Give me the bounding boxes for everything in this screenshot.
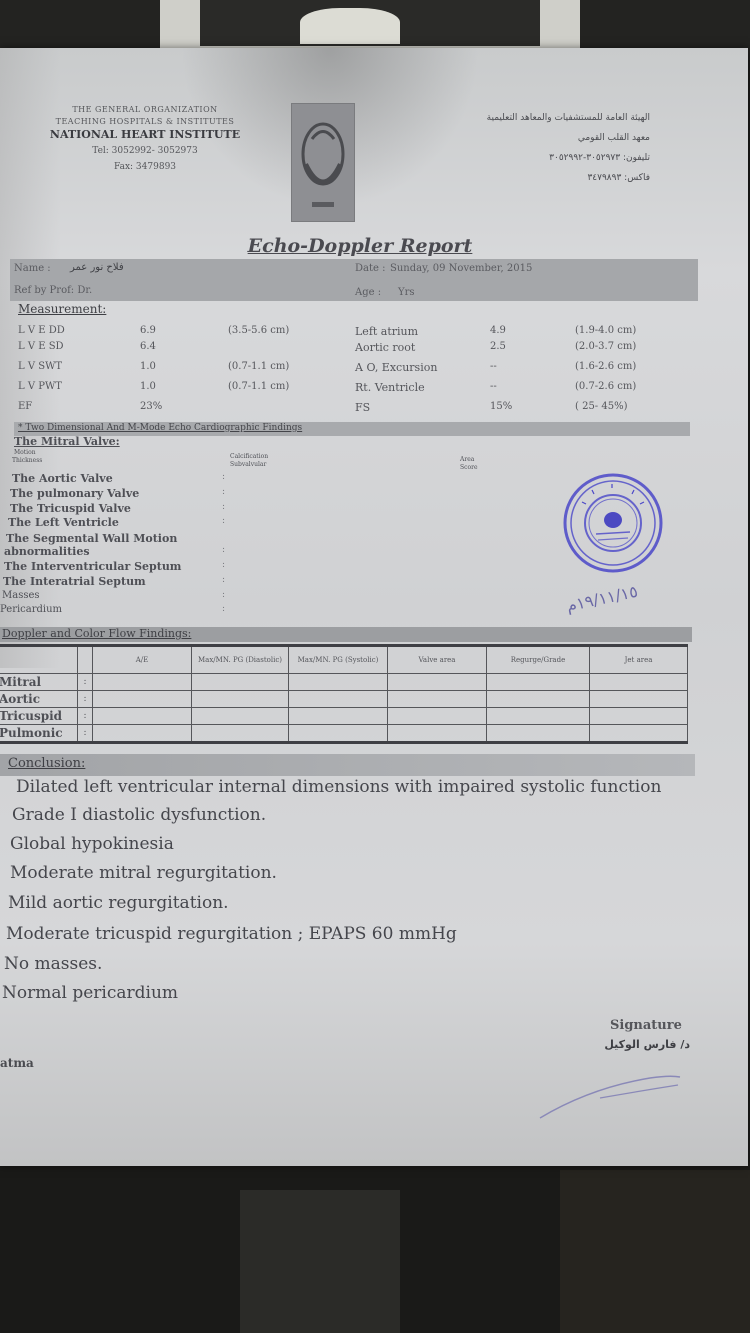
doppler-cell — [192, 725, 289, 743]
two-d-findings-band: * Two Dimensional And M-Mode Echo Cardio… — [14, 422, 690, 436]
col-pg-diastolic: Max/MN. PG (Diastolic) — [192, 646, 289, 674]
finding-colon: : — [222, 575, 225, 585]
measurement-right-value: -- — [490, 381, 497, 392]
measurement-right-label: A O, Excursion — [355, 361, 437, 374]
finding-colon: : — [222, 590, 225, 600]
doppler-cell — [289, 725, 388, 743]
measurement-right-value: 15% — [490, 401, 512, 412]
measurement-left-value: 6.4 — [140, 341, 156, 352]
background-bottom — [0, 1160, 750, 1333]
name-label: Name : — [14, 263, 51, 274]
mitral-motion-label: Motion — [14, 449, 36, 456]
doppler-cell — [388, 725, 487, 743]
finding-colon: : — [222, 487, 225, 497]
doppler-row-colon: : — [78, 725, 93, 743]
doppler-colon-head — [78, 646, 93, 674]
doppler-row: Aortic: — [0, 691, 688, 708]
doppler-cell — [93, 674, 192, 691]
conclusion-line: Grade I diastolic dysfunction. — [12, 805, 266, 825]
doppler-cell — [289, 708, 388, 725]
mitral-area-label: Area — [460, 456, 474, 463]
conclusion-heading: Conclusion: — [8, 756, 85, 771]
doppler-row: Pulmonic: — [0, 725, 688, 743]
ar-line-3: تليفون: ٣٠٥٢٩٧٣-٣٠٥٢٩٩٢ — [430, 148, 650, 168]
official-stamp-icon — [562, 472, 664, 574]
conclusion-line: Moderate tricuspid regurgitation ; EPAPS… — [6, 924, 457, 944]
header-english: THE GENERAL ORGANIZATION TEACHING HOSPIT… — [30, 104, 260, 173]
finding-label: The Tricuspid Valve — [10, 502, 131, 515]
background-photo-highlight — [300, 8, 400, 44]
finding-label: The Left Ventricle — [8, 516, 119, 529]
conclusion-line: Mild aortic regurgitation. — [8, 893, 229, 913]
patient-info-band: Name : فلاح نور عمر Date : Sunday, 09 No… — [10, 259, 698, 301]
measurement-right-label: Left atrium — [355, 325, 418, 338]
measurement-left-label: L V PWT — [18, 381, 62, 392]
doppler-cell — [289, 691, 388, 708]
measurement-left-range: (3.5-5.6 cm) — [228, 325, 289, 336]
ar-line-4: فاكس: ٣٤٧٩٨٩٣ — [430, 168, 650, 188]
finding-label: The Segmental Wall Motion — [6, 532, 177, 545]
date-label: Date : — [355, 263, 385, 274]
col-ae: A/E — [93, 646, 192, 674]
finding-label: The Aortic Valve — [12, 472, 113, 485]
finding-label: abnormalities — [4, 545, 90, 558]
measurement-left-value: 6.9 — [140, 325, 156, 336]
age-label: Age : — [355, 287, 381, 298]
measurement-left-value: 1.0 — [140, 361, 156, 372]
finding-colon: : — [222, 604, 225, 614]
measurement-heading: Measurement: — [18, 302, 106, 316]
conclusion-line: No masses. — [4, 954, 102, 974]
background-fabric — [240, 1190, 400, 1333]
col-jet-area: Jet area — [590, 646, 688, 674]
mitral-thickness-label: Thickness — [12, 457, 42, 464]
finding-colon: : — [222, 502, 225, 512]
doppler-cell — [487, 674, 590, 691]
finding-label: The Interventricular Septum — [4, 560, 181, 573]
background-fabric-2 — [560, 1170, 750, 1333]
doppler-row: Mitral: — [0, 674, 688, 691]
finding-label: The Interatrial Septum — [3, 575, 146, 588]
doppler-cell — [487, 691, 590, 708]
patient-name: فلاح نور عمر — [70, 262, 124, 273]
doppler-row-colon: : — [78, 708, 93, 725]
measurement-left-label: L V E SD — [18, 341, 64, 352]
mitral-subvalvular-label: Subvalvular — [230, 461, 266, 468]
measurement-right-label: Rt. Ventricle — [355, 381, 425, 394]
ref-label: Ref by Prof: Dr. — [14, 285, 92, 296]
measurement-left-value: 1.0 — [140, 381, 156, 392]
doppler-row-label: Tricuspid — [0, 708, 78, 725]
conclusion-band: Conclusion: — [0, 754, 695, 776]
measurement-left-label: L V E DD — [18, 325, 65, 336]
mitral-calcification-label: Calcification — [230, 453, 268, 460]
measurement-right-range: (0.7-2.6 cm) — [575, 381, 636, 392]
measurement-left-value: 23% — [140, 401, 162, 412]
org-line-1: THE GENERAL ORGANIZATION — [30, 104, 260, 116]
measurement-right-range: ( 25- 45%) — [575, 401, 628, 412]
measurement-right-range: (1.6-2.6 cm) — [575, 361, 636, 372]
measurement-left-label: EF — [18, 401, 32, 412]
doppler-band: Doppler and Color Flow Findings: — [0, 627, 692, 642]
age-value: Yrs — [398, 287, 415, 298]
doppler-corner — [0, 646, 78, 674]
doppler-cell — [590, 691, 688, 708]
col-valve-area: Valve area — [388, 646, 487, 674]
handwritten-date: ١٩/١١/١٥م — [565, 582, 640, 616]
mitral-valve-heading: The Mitral Valve: — [14, 435, 120, 448]
conclusion-line: Dilated left ventricular internal dimens… — [16, 777, 661, 797]
col-regurge-grade: Regurge/Grade — [487, 646, 590, 674]
doppler-row-colon: : — [78, 674, 93, 691]
report-title: Echo-Doppler Report — [0, 235, 720, 257]
institute-name: NATIONAL HEART INSTITUTE — [30, 129, 260, 141]
org-line-2: TEACHING HOSPITALS & INSTITUTES — [30, 116, 260, 128]
institute-tel: Tel: 3052992- 3052973 — [30, 145, 260, 157]
conclusion-line: Moderate mitral regurgitation. — [10, 863, 277, 883]
doppler-cell — [590, 725, 688, 743]
measurement-right-label: FS — [355, 401, 370, 414]
measurement-right-value: 4.9 — [490, 325, 506, 336]
two-d-heading: * Two Dimensional And M-Mode Echo Cardio… — [18, 423, 302, 433]
handwritten-signature-icon — [530, 1063, 690, 1123]
doppler-cell — [388, 691, 487, 708]
footer-left-text: atma — [0, 1056, 34, 1070]
doppler-table: A/E Max/MN. PG (Diastolic) Max/MN. PG (S… — [0, 644, 688, 744]
doppler-cell — [487, 708, 590, 725]
measurement-right-label: Aortic root — [355, 341, 415, 354]
signature-label: Signature — [610, 1018, 682, 1033]
doppler-row-label: Aortic — [0, 691, 78, 708]
measurement-left-range: (0.7-1.1 cm) — [228, 381, 289, 392]
measurement-right-range: (1.9-4.0 cm) — [575, 325, 636, 336]
header-arabic: الهيئة العامة للمستشفيات والمعاهد التعلي… — [430, 108, 650, 188]
doppler-cell — [590, 674, 688, 691]
doppler-cell — [192, 708, 289, 725]
report-paper: THE GENERAL ORGANIZATION TEACHING HOSPIT… — [0, 48, 748, 1166]
doppler-row: Tricuspid: — [0, 708, 688, 725]
finding-colon: : — [222, 472, 225, 482]
doppler-row-label: Pulmonic — [0, 725, 78, 743]
doppler-heading: Doppler and Color Flow Findings: — [2, 627, 191, 640]
doppler-cell — [93, 708, 192, 725]
doppler-cell — [192, 691, 289, 708]
col-pg-systolic: Max/MN. PG (Systolic) — [289, 646, 388, 674]
finding-colon: : — [222, 560, 225, 570]
doppler-cell — [487, 725, 590, 743]
doppler-cell — [590, 708, 688, 725]
measurement-right-value: 2.5 — [490, 341, 506, 352]
ar-line-1: الهيئة العامة للمستشفيات والمعاهد التعلي… — [430, 108, 650, 128]
finding-colon: : — [222, 545, 225, 555]
finding-label: Pericardium — [0, 604, 62, 615]
measurement-left-range: (0.7-1.1 cm) — [228, 361, 289, 372]
doppler-cell — [388, 708, 487, 725]
finding-label: Masses — [2, 590, 40, 601]
doppler-row-label: Mitral — [0, 674, 78, 691]
ar-line-2: معهد القلب القومي — [430, 128, 650, 148]
signature-name: د/ فارس الوكيل — [600, 1038, 690, 1051]
conclusion-line: Global hypokinesia — [10, 834, 174, 854]
mitral-score-label: Score — [460, 464, 478, 471]
measurement-right-range: (2.0-3.7 cm) — [575, 341, 636, 352]
doppler-cell — [289, 674, 388, 691]
finding-colon: : — [222, 516, 225, 526]
doppler-row-colon: : — [78, 691, 93, 708]
measurement-left-label: L V SWT — [18, 361, 62, 372]
institute-fax: Fax: 3479893 — [30, 161, 260, 173]
report-date: Sunday, 09 November, 2015 — [390, 263, 532, 274]
doppler-cell — [93, 691, 192, 708]
doppler-cell — [388, 674, 487, 691]
conclusion-line: Normal pericardium — [2, 983, 178, 1003]
institute-logo-icon — [291, 103, 355, 222]
measurement-right-value: -- — [490, 361, 497, 372]
doppler-header-row: A/E Max/MN. PG (Diastolic) Max/MN. PG (S… — [0, 646, 688, 674]
doppler-cell — [93, 725, 192, 743]
doppler-cell — [192, 674, 289, 691]
finding-label: The pulmonary Valve — [10, 487, 139, 500]
